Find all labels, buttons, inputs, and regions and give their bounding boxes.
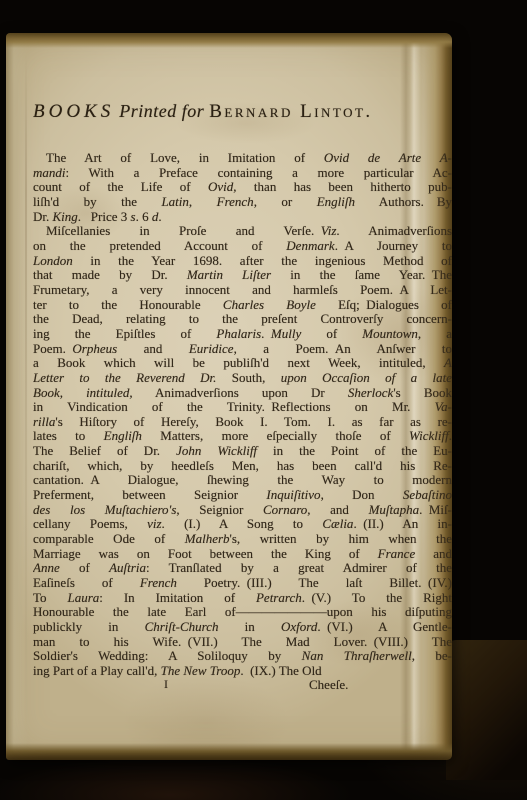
text-line: ing the Epiſtles of Phalaris. Mully of M…: [33, 327, 452, 342]
text-line: on the pretended Account of Denmark. A J…: [33, 239, 452, 254]
text-line: Miſcellanies in Proſe and Verſe. Viz. An…: [33, 224, 452, 239]
text-line: a Book which will be publiſh'd next Week…: [33, 356, 452, 371]
text-line: cantation. A Dialogue, ſhewing the Way t…: [33, 473, 452, 488]
book-cover-corner: [446, 640, 527, 780]
text-line: Book, intituled, Animadverſions upon Dr …: [33, 386, 452, 401]
text-line: The Belief of Dr. John Wickliff in the P…: [33, 444, 452, 459]
catchword: Cheeſe.: [309, 677, 348, 693]
text-line: that made by Dr. Martin Liſter in the ſa…: [33, 268, 452, 283]
text-line: Marriage was on Foot between the King of…: [33, 547, 452, 562]
title-books: BOOKS: [33, 101, 114, 122]
gutter-crease: [25, 53, 27, 740]
text-line: rilla's Hiſtory of Hereſy, Book I. Tom. …: [33, 415, 452, 430]
text-line: cellany Poems, viz. (I.) A Song to Cælia…: [33, 517, 452, 532]
text-line: Anne of Auſtria: Tranſlated by a great A…: [33, 561, 452, 576]
text-line: publickly in Chriſt-Church in Oxford. (V…: [33, 620, 452, 635]
text-line: mandi: With a Preface containing a more …: [33, 166, 452, 181]
text-line: man to his Wife. (VII.) The Mad Lover. (…: [33, 635, 452, 650]
text-line: ter to the Honourable Charles Boyle Eſq;…: [33, 298, 452, 313]
text-line: count of the Life of Ovid, than has been…: [33, 180, 452, 195]
text-line: Letter to the Reverend Dr. South, upon O…: [33, 371, 452, 386]
text-line: The Art of Love, in Imitation of Ovid de…: [33, 151, 452, 166]
text-line: Frumetary, a very innocent and harmleſs …: [33, 283, 452, 298]
title-printed-for: Printed for: [114, 101, 209, 121]
text-line: To Laura: In Imitation of Petrarch. (V.)…: [33, 591, 452, 606]
text-line: lates to Engliſh Matters, more eſpeciall…: [33, 429, 452, 444]
text-line: Honourable the late Earl of———————upon h…: [33, 605, 452, 620]
text-line: Soldier's Wedding: A Soliloquy by Nan Th…: [33, 649, 452, 664]
text-line: Eaſineſs of French Poetry. (III.) The la…: [33, 576, 452, 591]
text-line: in Vindication of the Trinity. Reflectio…: [33, 400, 452, 415]
text-line: London in the Year 1698. after the ingen…: [33, 254, 452, 269]
text-line: des los Muſtachiero's, Seignior Cornaro,…: [33, 503, 452, 518]
text-line: the Dead, relating to the preſent Contro…: [33, 312, 452, 327]
text-line: Poem. Orpheus and Euridice, a Poem. An A…: [33, 342, 452, 357]
book-page: BOOKS Printed for Bernard Lintot. The Ar…: [6, 33, 452, 760]
text-line: Dr. King. Price 3 s. 6 d.: [33, 210, 452, 225]
photo-background: BOOKS Printed for Bernard Lintot. The Ar…: [0, 0, 527, 800]
text-line: chariſt, which, by heedleſs Men, has bee…: [33, 459, 452, 474]
page-footer: I Cheeſe.: [33, 677, 452, 695]
text-line: comparable Ode of Malherb's, written by …: [33, 532, 452, 547]
page-title: BOOKS Printed for Bernard Lintot.: [33, 101, 452, 125]
body-text: The Art of Love, in Imitation of Ovid de…: [33, 151, 452, 679]
signature-mark: I: [164, 677, 168, 692]
title-period: .: [365, 101, 370, 121]
text-line: liſh'd by the Latin, French, or Engliſh …: [33, 195, 452, 210]
text-line: Preferment, between Seignior Inquiſitivo…: [33, 488, 452, 503]
title-publisher: Bernard Lintot: [209, 101, 365, 122]
